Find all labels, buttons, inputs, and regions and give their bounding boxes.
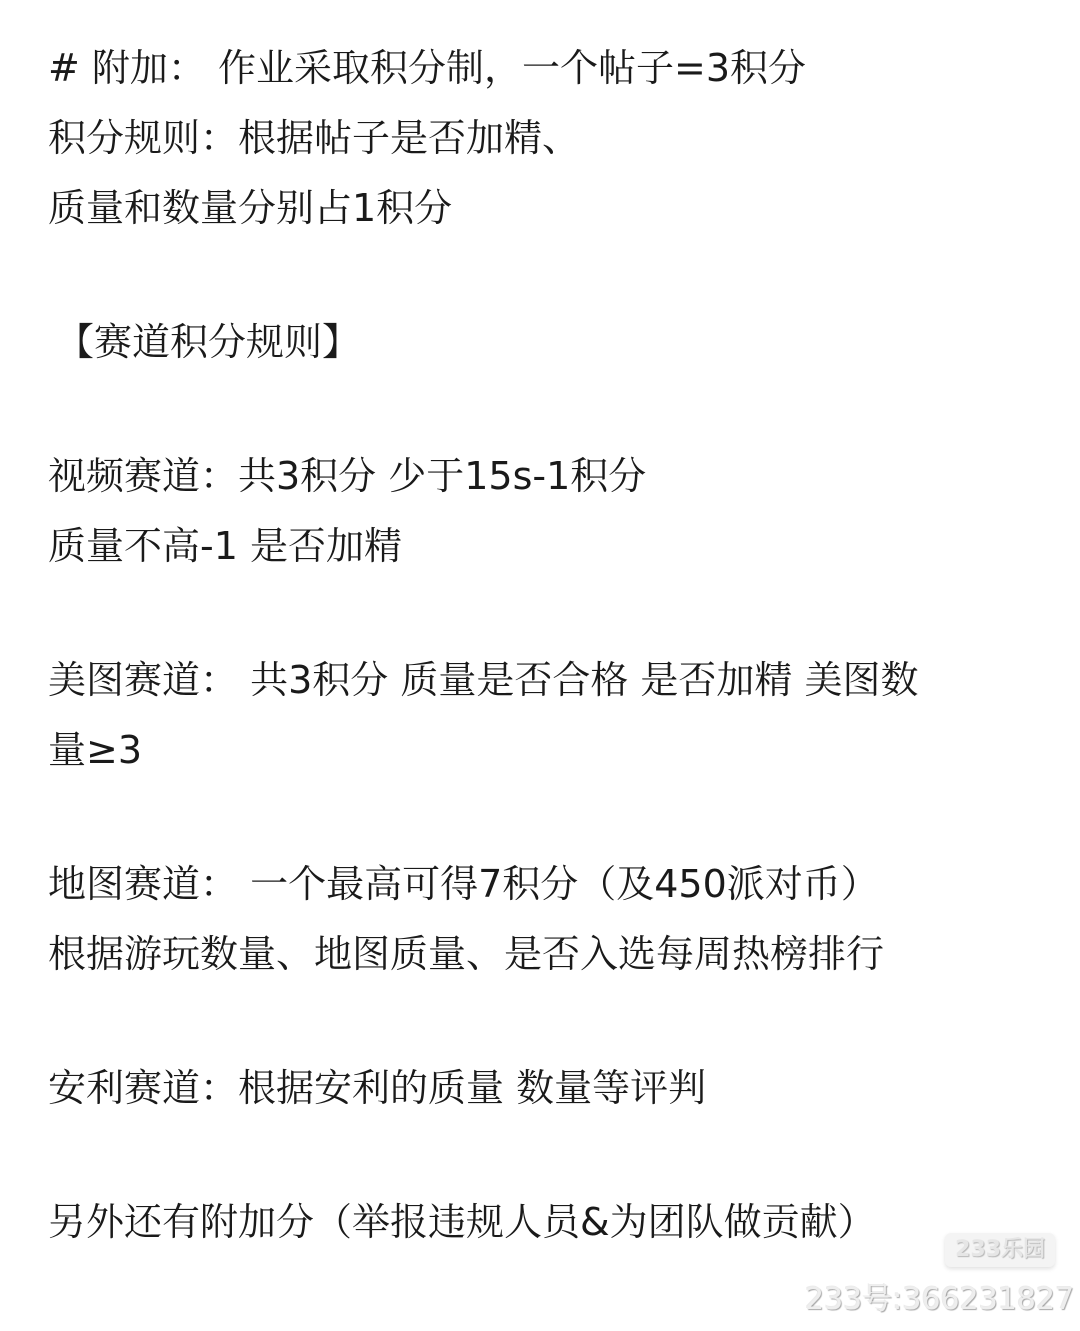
recommend-track-line: 安利赛道：根据安利的质量 数量等评判	[48, 1064, 706, 1112]
map-track-line-2: 根据游玩数量、地图质量、是否入选每周热榜排行	[48, 930, 884, 978]
video-track-line: 视频赛道：共3积分 少于15s-1积分	[48, 452, 646, 500]
section-heading: 【赛道积分规则】	[56, 318, 360, 366]
points-rule-line-2: 质量和数量分别占1积分	[48, 184, 452, 232]
map-track-line: 地图赛道： 一个最高可得7积分（及450派对币）	[48, 860, 879, 908]
image-track-line: 美图赛道： 共3积分 质量是否合格 是否加精 美图数	[48, 656, 919, 704]
watermark-logo: 233乐园	[945, 1233, 1055, 1267]
image-track-line-2: 量≥3	[48, 726, 142, 774]
video-track-line-2: 质量不高-1 是否加精	[48, 522, 402, 570]
points-rule-line: 积分规则：根据帖子是否加精、	[48, 114, 580, 162]
intro-line: # 附加： 作业采取积分制，一个帖子=3积分	[48, 44, 806, 92]
watermark-id: 233号:366231827	[805, 1280, 1074, 1320]
bonus-points-line: 另外还有附加分（举报违规人员&为团队做贡献）	[48, 1198, 876, 1246]
